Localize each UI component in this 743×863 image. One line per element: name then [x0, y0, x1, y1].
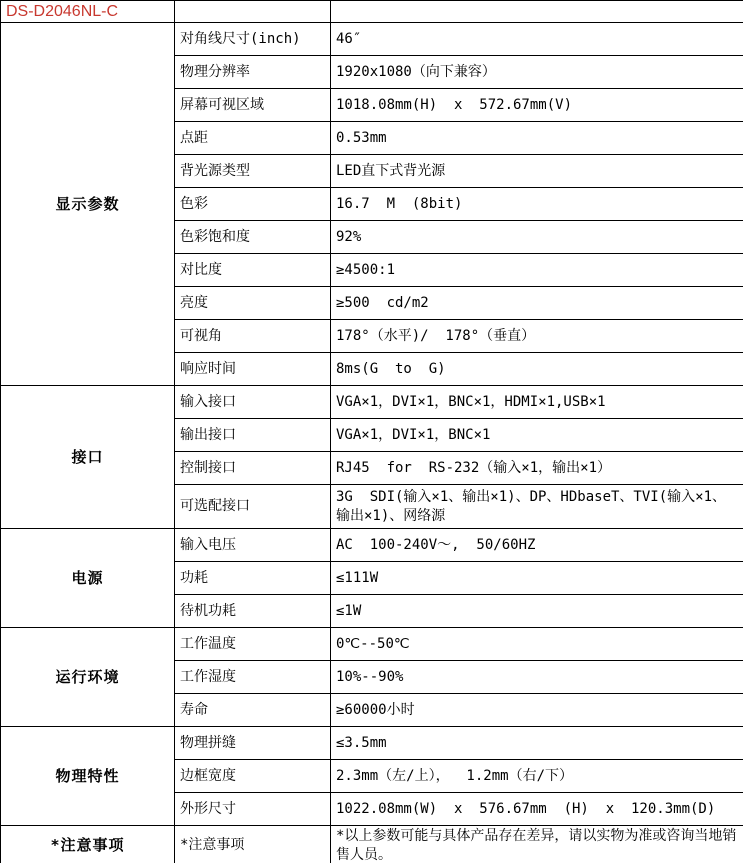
- param-label: 工作温度: [175, 628, 331, 661]
- param-label: 响应时间: [175, 353, 331, 386]
- param-value: 1022.08mm(W) x 576.67mm (H) x 120.3mm(D): [331, 793, 743, 826]
- param-value: 46″: [331, 23, 743, 56]
- param-label: 待机功耗: [175, 595, 331, 628]
- spec-row: 物理特性 物理拼缝 ≤3.5mm: [1, 727, 743, 760]
- category-environment: 运行环境: [1, 628, 175, 727]
- param-label: 可视角: [175, 320, 331, 353]
- param-value: ≤111W: [331, 562, 743, 595]
- param-value: ≥500 cd/m2: [331, 287, 743, 320]
- param-label: 色彩: [175, 188, 331, 221]
- param-value: *以上参数可能与具体产品存在差异，请以实物为准或咨询当地销售人员。: [331, 826, 743, 863]
- header-row: DS-D2046NL-C: [1, 1, 743, 23]
- param-label: 物理拼缝: [175, 727, 331, 760]
- category-power: 电源: [1, 529, 175, 628]
- param-value: ≥60000小时: [331, 694, 743, 727]
- param-label: 工作湿度: [175, 661, 331, 694]
- param-value: VGA×1，DVI×1，BNC×1: [331, 419, 743, 452]
- param-value: VGA×1，DVI×1，BNC×1，HDMI×1,USB×1: [331, 386, 743, 419]
- param-label: 输入电压: [175, 529, 331, 562]
- spec-row: 接口 输入接口 VGA×1，DVI×1，BNC×1，HDMI×1,USB×1: [1, 386, 743, 419]
- param-value: 3G SDI(输入×1、输出×1)、DP、HDbaseT、TVI(输入×1、输出…: [331, 485, 743, 529]
- spec-sheet: DS-D2046NL-C 显示参数 对角线尺寸(inch) 46″ 物理分辨率 …: [0, 0, 743, 863]
- param-value: 1920x1080（向下兼容）: [331, 56, 743, 89]
- param-value: ≥4500:1: [331, 254, 743, 287]
- spec-row: 运行环境 工作温度 0℃--50℃: [1, 628, 743, 661]
- param-value: 0.53mm: [331, 122, 743, 155]
- spec-row: 显示参数 对角线尺寸(inch) 46″: [1, 23, 743, 56]
- param-value: 92%: [331, 221, 743, 254]
- spec-row: *注意事项 *注意事项 *以上参数可能与具体产品存在差异，请以实物为准或咨询当地…: [1, 826, 743, 863]
- param-label: 背光源类型: [175, 155, 331, 188]
- param-label: 对比度: [175, 254, 331, 287]
- param-label: 可选配接口: [175, 485, 331, 529]
- param-value: ≤3.5mm: [331, 727, 743, 760]
- param-value: 8ms(G to G): [331, 353, 743, 386]
- product-model: DS-D2046NL-C: [1, 1, 175, 23]
- param-label: 控制接口: [175, 452, 331, 485]
- param-value: 1018.08mm(H) x 572.67mm(V): [331, 89, 743, 122]
- category-notes: *注意事项: [1, 826, 175, 863]
- param-label: 点距: [175, 122, 331, 155]
- param-label: 寿命: [175, 694, 331, 727]
- param-label: 边框宽度: [175, 760, 331, 793]
- spec-table: DS-D2046NL-C 显示参数 对角线尺寸(inch) 46″ 物理分辨率 …: [0, 0, 743, 863]
- header-spacer-cell: [331, 1, 743, 23]
- param-label: 亮度: [175, 287, 331, 320]
- header-spacer-cell: [175, 1, 331, 23]
- category-physical: 物理特性: [1, 727, 175, 826]
- param-value: LED直下式背光源: [331, 155, 743, 188]
- param-value: 0℃--50℃: [331, 628, 743, 661]
- param-value: 2.3mm（左/上）， 1.2mm（右/下）: [331, 760, 743, 793]
- param-label: 输出接口: [175, 419, 331, 452]
- param-value: 16.7 M (8bit): [331, 188, 743, 221]
- param-label: 功耗: [175, 562, 331, 595]
- param-label: 物理分辨率: [175, 56, 331, 89]
- param-label: *注意事项: [175, 826, 331, 863]
- param-value: 10%--90%: [331, 661, 743, 694]
- param-label: 屏幕可视区域: [175, 89, 331, 122]
- category-display-params: 显示参数: [1, 23, 175, 386]
- param-label: 对角线尺寸(inch): [175, 23, 331, 56]
- param-value: 178°（水平)/ 178°（垂直）: [331, 320, 743, 353]
- param-label: 外形尺寸: [175, 793, 331, 826]
- param-value: ≤1W: [331, 595, 743, 628]
- param-value: RJ45 for RS-232（输入×1，输出×1）: [331, 452, 743, 485]
- category-interfaces: 接口: [1, 386, 175, 529]
- param-value: AC 100-240V～, 50/60HZ: [331, 529, 743, 562]
- param-label: 输入接口: [175, 386, 331, 419]
- spec-row: 电源 输入电压 AC 100-240V～, 50/60HZ: [1, 529, 743, 562]
- param-label: 色彩饱和度: [175, 221, 331, 254]
